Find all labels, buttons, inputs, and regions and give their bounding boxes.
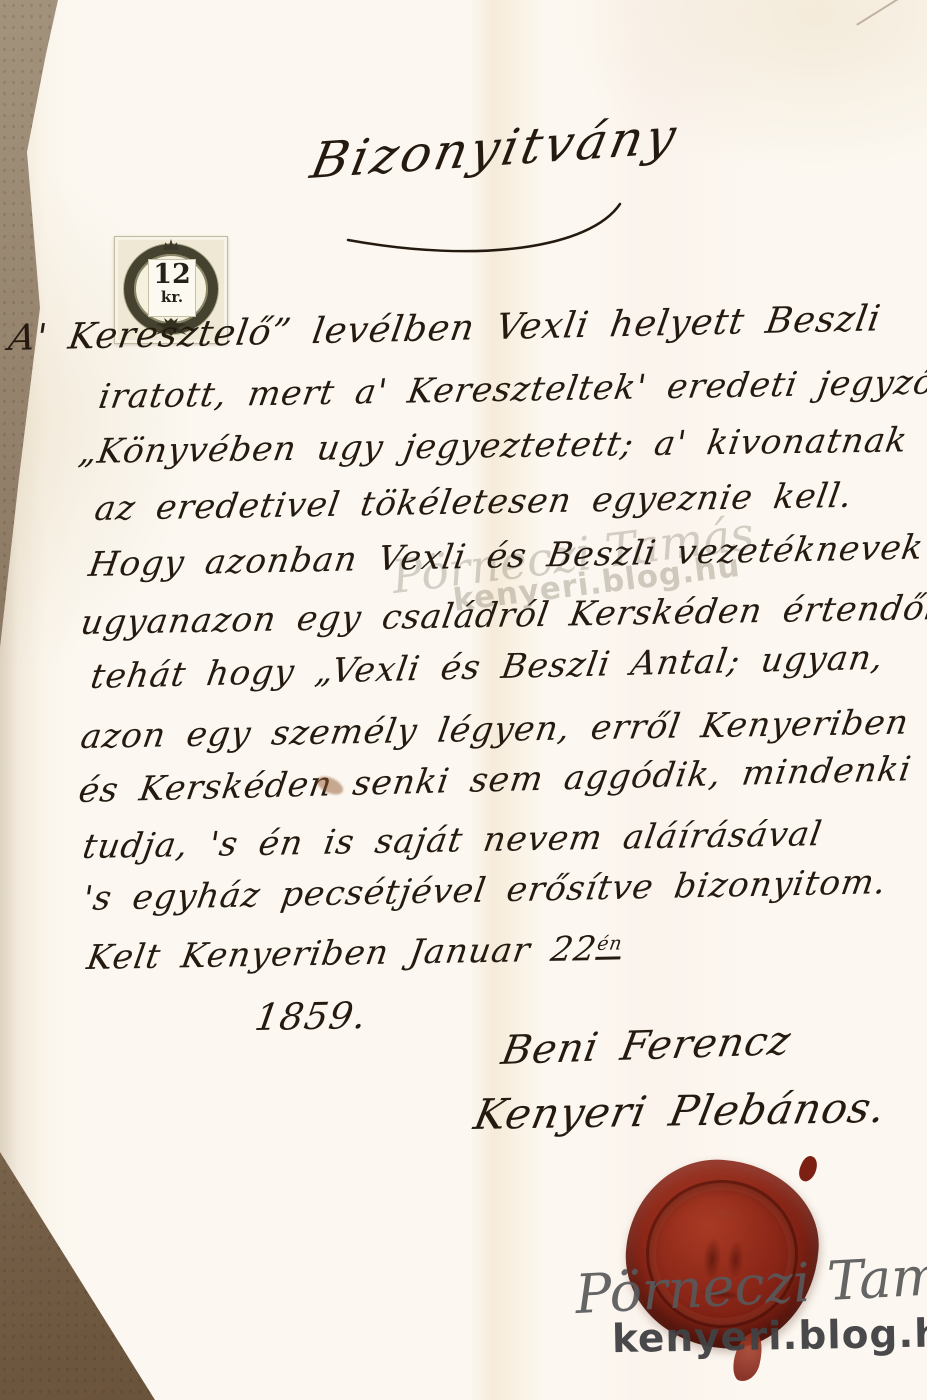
stamp-crown-icon — [163, 239, 179, 250]
stamp-unit: kr. — [149, 290, 195, 305]
signature-title: Kenyeri Plebános. — [470, 1083, 890, 1139]
dateline-year: 1859. — [252, 994, 370, 1039]
dateline-superscript: én — [595, 935, 624, 959]
document-photo: Bizonyitvány 12 kr. Pörneczi Tamás kenye… — [0, 0, 927, 1400]
watermark-site: kenyeri.blog.hu — [612, 1311, 927, 1362]
stamp-value: 12 — [149, 260, 195, 290]
dateline-text: Kelt Kenyeriben Januar 22 — [84, 929, 600, 978]
stamp-value-tablet: 12 kr. — [148, 259, 196, 317]
